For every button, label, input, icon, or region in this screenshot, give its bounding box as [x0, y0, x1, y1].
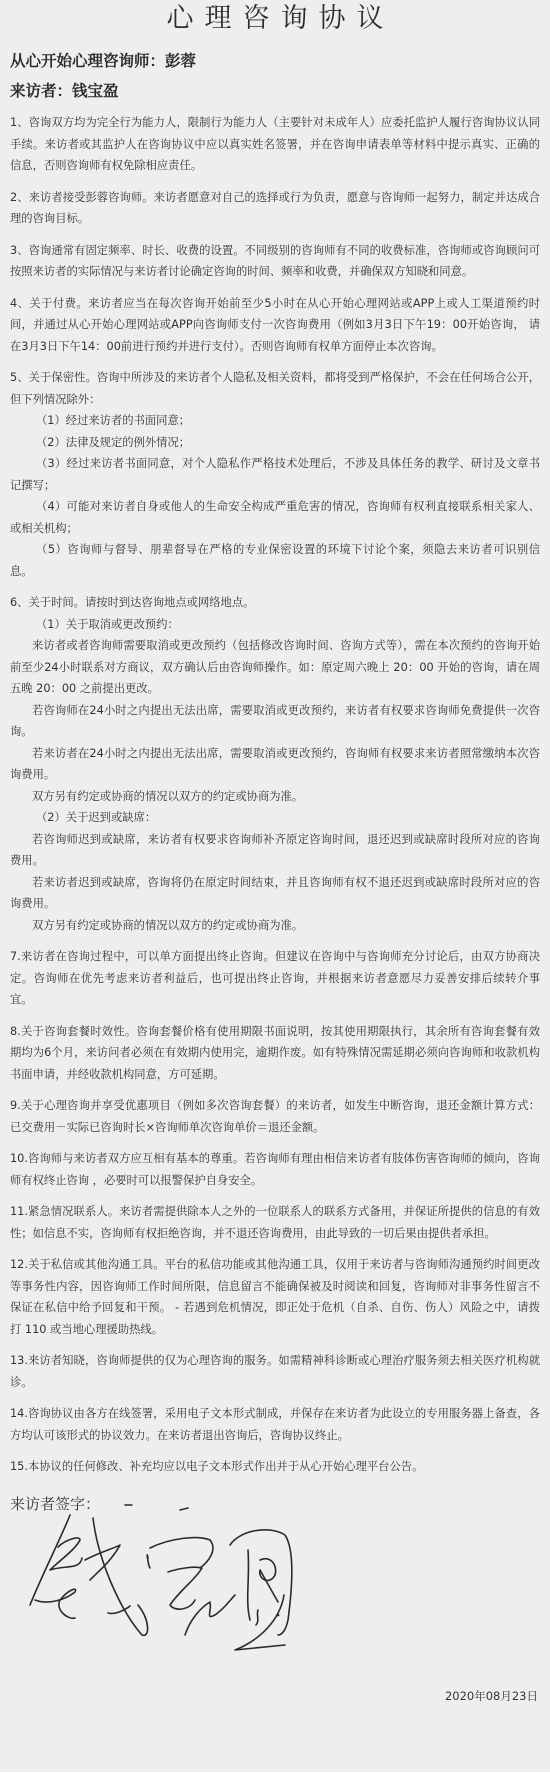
clause-sub-item: （3）经过来访者书面同意，对个人隐私作严格技术处理后，不涉及具体任务的教学、研讨…	[10, 453, 540, 496]
clause-sub-heading: （2）关于迟到或缺席：	[10, 807, 540, 829]
clause-14: 14.咨询协议由各方在线签署，采用电子文本形式制成，并保存在来访者为此设立的专用…	[10, 1403, 540, 1446]
clause-sub-item: （1）经过来访者的书面同意；	[10, 410, 540, 432]
clause-text: 5、关于保密性。咨询中所涉及的来访者个人隐私及相关资料，都将受到严格保护，不会在…	[10, 367, 540, 410]
clause-sub-heading: （1）关于取消或更改预约：	[10, 614, 540, 636]
page-title: 心理咨询协议	[0, 0, 550, 36]
clauses-container: 1、咨询双方均为完全行为能力人，限制行为能力人（主要针对未成年人）应委托监护人履…	[0, 106, 550, 1478]
handwritten-signature	[20, 1490, 300, 1670]
agreement-page: 心理咨询协议 从心开始心理咨询师：彭蓉 来访者：钱宝盈 1、咨询双方均为完全行为…	[0, 0, 550, 1772]
clause-8: 8.关于咨询套餐时效性。咨询套餐价格有使用期限书面说明，按其使用期限执行，其余所…	[10, 1021, 540, 1086]
clause-text: 1、咨询双方均为完全行为能力人，限制行为能力人（主要针对未成年人）应委托监护人履…	[10, 112, 540, 177]
clause-text: 4、关于付费。来访者应当在每次咨询开始前至少5小时在从心开始心理网站或APP上或…	[10, 293, 540, 358]
clause-sub-item: （5）咨询师与督导、朋辈督导在严格的专业保密设置的环境下讨论个案，须隐去来访者可…	[10, 539, 540, 582]
clause-sub-item: （2）法律及规定的例外情况；	[10, 432, 540, 454]
clause-text: 14.咨询协议由各方在线签署，采用电子文本形式制成，并保存在来访者为此设立的专用…	[10, 1403, 540, 1446]
clause-sub-item: 若咨询师迟到或缺席，来访者有权要求咨询师补齐原定咨询时间，退还迟到或缺席时段所对…	[10, 829, 540, 872]
clause-10: 10.咨询师与来访者双方应互相有基本的尊重。若咨询师有理由相信来访者有肢体伤害咨…	[10, 1148, 540, 1191]
clause-text: 9.关于心理咨询并享受优惠项目（例如多次咨询套餐）的来访者，如发生中断咨询，退还…	[10, 1095, 540, 1138]
clause-1: 1、咨询双方均为完全行为能力人，限制行为能力人（主要针对未成年人）应委托监护人履…	[10, 112, 540, 177]
clause-text: 7.来访者在咨询过程中，可以单方面提出终止咨询。但建议在咨询中与咨询师充分讨论后…	[10, 946, 540, 1011]
clause-6: 6、关于时间。请按时到达咨询地点或网络地点。 （1）关于取消或更改预约： 来访者…	[10, 592, 540, 936]
clause-4: 4、关于付费。来访者应当在每次咨询开始前至少5小时在从心开始心理网站或APP上或…	[10, 293, 540, 358]
clause-sub-item: （4）可能对来访者自身或他人的生命安全构成严重危害的情况，咨询师有权利直接联系相…	[10, 496, 540, 539]
counselor-line: 从心开始心理咨询师：彭蓉	[10, 46, 550, 76]
clause-sub-item: 双方另有约定或协商的情况以双方的约定或协商为准。	[10, 786, 540, 808]
clause-7: 7.来访者在咨询过程中，可以单方面提出终止咨询。但建议在咨询中与咨询师充分讨论后…	[10, 946, 540, 1011]
clause-text: 2、来访者接受彭蓉咨询师。来访者愿意对自己的选择或行为负责，愿意与咨询师一起努力…	[10, 187, 540, 230]
clause-text: 11.紧急情况联系人。来访者需提供除本人之外的一位联系人的联系方式备用，并保证所…	[10, 1201, 540, 1244]
clause-15: 15.本协议的任何修改、补充均应以电子文本形式作出并于从心开始心理平台公告。	[10, 1456, 540, 1478]
clause-text: 15.本协议的任何修改、补充均应以电子文本形式作出并于从心开始心理平台公告。	[10, 1456, 540, 1478]
clause-13: 13.来访者知晓，咨询师提供的仅为心理咨询的服务。如需精神科诊断或心理治疗服务须…	[10, 1350, 540, 1393]
clause-sub-item: 若来访者迟到或缺席，咨询将仍在原定时间结束，并且咨询师有权不退还迟到或缺席时段所…	[10, 872, 540, 915]
clause-text: 13.来访者知晓，咨询师提供的仅为心理咨询的服务。如需精神科诊断或心理治疗服务须…	[10, 1350, 540, 1393]
clause-sub-item: 来访者或者咨询师需要取消或更改预约（包括修改咨询时间、咨询方式等），需在本次预约…	[10, 635, 540, 700]
clause-12: 12.关于私信或其他沟通工具。平台的私信功能或其他沟通工具，仅用于来访者与咨询师…	[10, 1254, 540, 1340]
clause-9: 9.关于心理咨询并享受优惠项目（例如多次咨询套餐）的来访者，如发生中断咨询，退还…	[10, 1095, 540, 1138]
clause-sub-item: 双方另有约定或协商的情况以双方的约定或协商为准。	[10, 915, 540, 937]
clause-text: 3、咨询通常有固定频率、时长、收费的设置。不同级别的咨询师有不同的收费标准，咨询…	[10, 240, 540, 283]
clause-text: 12.关于私信或其他沟通工具。平台的私信功能或其他沟通工具，仅用于来访者与咨询师…	[10, 1254, 540, 1340]
clause-text: 10.咨询师与来访者双方应互相有基本的尊重。若咨询师有理由相信来访者有肢体伤害咨…	[10, 1148, 540, 1191]
clause-sub-item: 若咨询师在24小时之内提出无法出席，需要取消或更改预约，来访者有权要求咨询师免费…	[10, 700, 540, 743]
clause-sub-item: 若来访者在24小时之内提出无法出席，需要取消或更改预约，咨询师有权要求来访者照常…	[10, 743, 540, 786]
clause-5: 5、关于保密性。咨询中所涉及的来访者个人隐私及相关资料，都将受到严格保护，不会在…	[10, 367, 540, 582]
clause-text: 8.关于咨询套餐时效性。咨询套餐价格有使用期限书面说明，按其使用期限执行，其余所…	[10, 1021, 540, 1086]
signature-date: 2020年08月23日	[445, 1688, 538, 1704]
clause-text: 6、关于时间。请按时到达咨询地点或网络地点。	[10, 592, 540, 614]
clause-3: 3、咨询通常有固定频率、时长、收费的设置。不同级别的咨询师有不同的收费标准，咨询…	[10, 240, 540, 283]
clause-11: 11.紧急情况联系人。来访者需提供除本人之外的一位联系人的联系方式备用，并保证所…	[10, 1201, 540, 1244]
visitor-line: 来访者：钱宝盈	[10, 76, 550, 106]
clause-2: 2、来访者接受彭蓉咨询师。来访者愿意对自己的选择或行为负责，愿意与咨询师一起努力…	[10, 187, 540, 230]
